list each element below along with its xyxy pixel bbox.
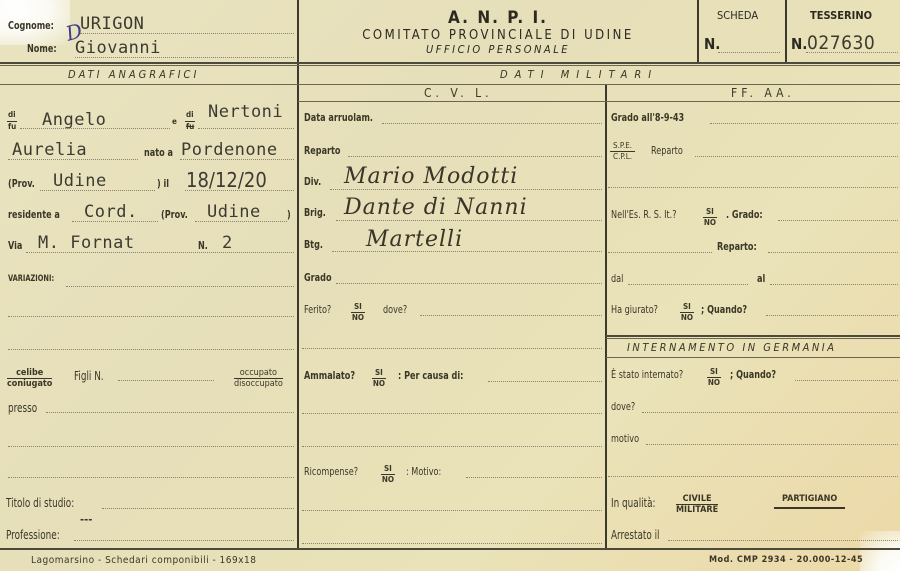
cvl-grado-line: [336, 283, 602, 284]
giurato-label: Ha giurato?: [611, 303, 658, 316]
si-option: SI: [372, 368, 386, 379]
scheda-label: SCHEDA: [717, 9, 758, 22]
arrestato-label: Arrestato il: [611, 528, 660, 542]
grado-8943-line: [710, 123, 898, 124]
il-label: ) il: [157, 177, 169, 190]
internato-dove-label: dove?: [611, 400, 635, 413]
cognome-label: Cognome:: [8, 19, 54, 32]
org-header: A. N. P. I. COMITATO PROVINCIALE DI UDIN…: [298, 8, 698, 56]
mother-name-value: Aurelia: [12, 140, 87, 160]
btg-label: Btg.: [304, 238, 323, 251]
no-option: NO: [372, 379, 386, 389]
per-causa-label: : Per causa di:: [398, 369, 463, 382]
father-line: [20, 128, 170, 129]
section-cvl: C. V. L.: [424, 86, 493, 100]
internato-motivo-label: motivo: [611, 432, 639, 445]
civic-label: N.: [198, 239, 208, 252]
section-dati-militari: DATI MILITARI: [500, 68, 658, 81]
giurato-si-no[interactable]: SI NO: [680, 302, 694, 323]
cvl-reparto-label: Reparto: [304, 144, 341, 157]
header-rule: [0, 62, 900, 64]
dal-line: [628, 284, 748, 285]
residence-prov-close: ): [287, 208, 291, 221]
internato-dove-line: [642, 412, 898, 413]
tesserino-n-label: N.: [791, 35, 807, 53]
arrestato-line: [668, 540, 898, 541]
data-arruolamento-line: [382, 123, 602, 124]
divider-tesserino: [785, 0, 787, 62]
ffaa-reparto-line: [695, 156, 898, 157]
header-rule-double: [0, 65, 900, 66]
ffaa-reparto2-line: [768, 252, 898, 253]
via-line: [26, 252, 294, 253]
internamento-rule-top2: [606, 338, 900, 339]
ricompense-label: Ricompense?: [304, 465, 358, 478]
no-option: NO: [351, 313, 365, 323]
birthplace-value: Pordenone: [181, 140, 278, 160]
variazioni-label: VARIAZIONI:: [8, 274, 54, 284]
brig-label: Brig.: [304, 206, 326, 219]
residence-prov-line: [195, 221, 287, 222]
internato-label: È stato internato?: [611, 368, 683, 381]
internamento-rule-top: [606, 335, 900, 337]
section-internamento: INTERNAMENTO IN GERMANIA: [627, 341, 836, 354]
mother-di-label: di: [186, 110, 194, 119]
nato-label: nato a: [144, 146, 173, 159]
cvl-blank-line-5: [302, 543, 602, 544]
residente-label: residente a: [8, 208, 60, 221]
internato-quando-line: [795, 380, 898, 381]
subsection-rule: [298, 101, 900, 102]
ferito-label: Ferito?: [304, 303, 331, 316]
no-option: NO: [381, 475, 395, 485]
scheda-n-label: N.: [704, 35, 720, 53]
father-fu-label: fu: [8, 122, 16, 131]
org-title: A. N. P. I.: [298, 8, 698, 28]
divider-cvl-ffaa: [605, 85, 607, 548]
tesserino-label: TESSERINO: [810, 9, 872, 22]
tesserino-n-line: [806, 52, 898, 53]
rsi-si-no[interactable]: SI NO: [703, 207, 717, 228]
mother-surname-line: [198, 128, 294, 129]
cvl-blank-line-3: [302, 446, 602, 447]
partigiano-option[interactable]: PARTIGIANO: [774, 494, 845, 509]
internato-motivo-line: [646, 444, 898, 445]
residence-value: Cord.: [84, 202, 138, 222]
divider-main-vertical: [297, 0, 299, 548]
giurato-quando-label: ; Quando?: [701, 303, 747, 316]
and-label: e: [172, 117, 177, 126]
footer-model: Mod. CMP 2934 - 20.000-12-45: [709, 555, 863, 565]
residence-prov-label: (Prov.: [161, 208, 188, 221]
internato-quando-label: ; Quando?: [730, 368, 776, 381]
mother-surname-value: Nertoni: [208, 102, 283, 122]
nome-label: Nome:: [27, 42, 57, 55]
nome-value: Giovanni: [75, 38, 161, 58]
btg-value: Martelli: [366, 227, 463, 252]
cvl-blank-line-2: [302, 413, 602, 414]
ferito-si-no[interactable]: SI NO: [351, 302, 365, 323]
prov-line: [40, 190, 155, 191]
birthdate-line: [185, 190, 294, 191]
ffaa-grado-label: . Grado:: [726, 208, 763, 221]
celibe-label: celibe: [7, 368, 52, 379]
cvl-blank-line-1: [302, 348, 602, 349]
si-option: SI: [703, 207, 717, 218]
variazioni-line-2: [8, 316, 294, 317]
professione-line: [74, 540, 294, 541]
presso-label: presso: [8, 401, 37, 415]
si-option: SI: [680, 302, 694, 313]
militare-option: MILITARE: [676, 505, 718, 515]
giurato-quando-line: [766, 315, 898, 316]
disoccupato-label: disoccupato: [234, 379, 283, 389]
titolo-label: Titolo di studio:: [6, 496, 74, 510]
via-label: Via: [8, 239, 22, 252]
occupato-label: occupato: [234, 368, 283, 379]
ffaa-reparto-label: Reparto: [651, 144, 683, 157]
registration-card: Cognome: URIGON D Nome: Giovanni A. N. P…: [0, 0, 900, 571]
brig-value: Dante di Nanni: [344, 195, 528, 220]
mother-name-line: [8, 159, 138, 160]
footer-printer: Lagomarsino - Schedari componibili - 169…: [31, 555, 256, 566]
no-option: NO: [703, 218, 717, 228]
residence-line: [72, 221, 158, 222]
div-label: Div.: [304, 175, 321, 188]
ffaa-blank-line-1: [608, 187, 898, 188]
cvl-blank-line-4: [302, 510, 602, 511]
dal-label: dal: [611, 272, 623, 285]
civile-option: CIVILE: [676, 494, 718, 505]
prov-label: (Prov.: [8, 177, 35, 190]
no-option: NO: [707, 378, 721, 388]
si-option: SI: [381, 464, 395, 475]
rsi-label: Nell'Es. R. S. It.?: [611, 208, 677, 221]
ricompense-si-no[interactable]: SI NO: [381, 464, 395, 485]
committee-title: COMITATO PROVINCIALE DI UDINE: [298, 28, 698, 43]
ammalato-label: Ammalato?: [304, 369, 355, 382]
variazioni-line-1: [66, 286, 294, 287]
occupation-fraction: occupato disoccupato: [234, 368, 283, 389]
al-line: [770, 284, 898, 285]
al-label: al: [757, 272, 765, 285]
no-option: NO: [680, 313, 694, 323]
figli-line: [118, 380, 214, 381]
figli-label: Figli N.: [74, 369, 104, 383]
section-ffaa: FF. AA.: [731, 86, 795, 100]
ferito-dove-line: [420, 315, 602, 316]
ammalato-si-no[interactable]: SI NO: [372, 368, 386, 389]
spe-option: S.P.E.: [610, 141, 635, 152]
qualita-label: In qualità:: [611, 496, 655, 510]
internato-blank-line: [608, 476, 898, 477]
cvl-grado-label: Grado: [304, 271, 332, 284]
cognome-line: [80, 33, 294, 34]
section-dati-anagrafici: DATI ANAGRAFICI: [68, 68, 199, 81]
prov-value: Udine: [53, 171, 107, 191]
titolo-line: [102, 508, 294, 509]
professione-label: Professione:: [6, 528, 60, 542]
div-line: [330, 189, 602, 190]
data-arruolamento-label: Data arruolam.: [304, 111, 373, 124]
residence-prov-value: Udine: [207, 202, 261, 222]
motivo-line: [466, 477, 602, 478]
scheda-n-line: [718, 52, 780, 53]
coniugato-label: coniugato: [7, 379, 52, 389]
ferito-dove-label: dove?: [383, 303, 407, 316]
si-option: SI: [351, 302, 365, 313]
blank-line-1: [8, 446, 294, 447]
internato-si-no[interactable]: SI NO: [707, 367, 721, 388]
grado-8943-label: Grado all'8-9-43: [611, 111, 684, 124]
si-option: SI: [707, 367, 721, 378]
ffaa-grado-line: [778, 220, 898, 221]
birthdate-value: 18/12/20: [186, 168, 267, 192]
btg-line: [332, 251, 602, 252]
div-value: Mario Modotti: [344, 164, 518, 189]
birthplace-line: [180, 159, 294, 160]
civic-value: 2: [222, 233, 233, 253]
cpl-option: C.P.L.: [610, 152, 635, 162]
section-rule: [0, 84, 900, 85]
footer-rule: [0, 548, 900, 550]
blank-line-2: [8, 477, 294, 478]
variazioni-line-3: [8, 349, 294, 350]
father-di-label: di: [8, 110, 16, 119]
spe-cpl-fraction[interactable]: S.P.E. C.P.L.: [610, 141, 635, 162]
office-title: UFFICIO PERSONALE: [298, 43, 698, 56]
cognome-value: URIGON: [80, 14, 144, 34]
ffaa-reparto2-line-left: [608, 252, 712, 253]
brig-line: [336, 220, 602, 221]
nome-line: [75, 57, 294, 58]
mother-fu-label: fu: [186, 122, 194, 131]
per-causa-line: [488, 381, 602, 382]
civile-militare-fraction[interactable]: CIVILE MILITARE: [676, 494, 718, 515]
paper-wear-bottom-right: [860, 531, 900, 571]
marital-status-fraction: celibe coniugato: [7, 368, 52, 389]
presso-line: [46, 412, 294, 413]
professione-value: ---: [80, 513, 92, 526]
internamento-rule-bottom: [606, 357, 900, 358]
father-value: Angelo: [42, 110, 106, 130]
motivo-label: : Motivo:: [406, 465, 441, 478]
via-value: M. Fornat: [38, 233, 135, 253]
cvl-reparto-line: [348, 156, 602, 157]
ffaa-reparto2-label: Reparto:: [717, 240, 757, 253]
tesserino-n-value: 027630: [807, 32, 875, 54]
